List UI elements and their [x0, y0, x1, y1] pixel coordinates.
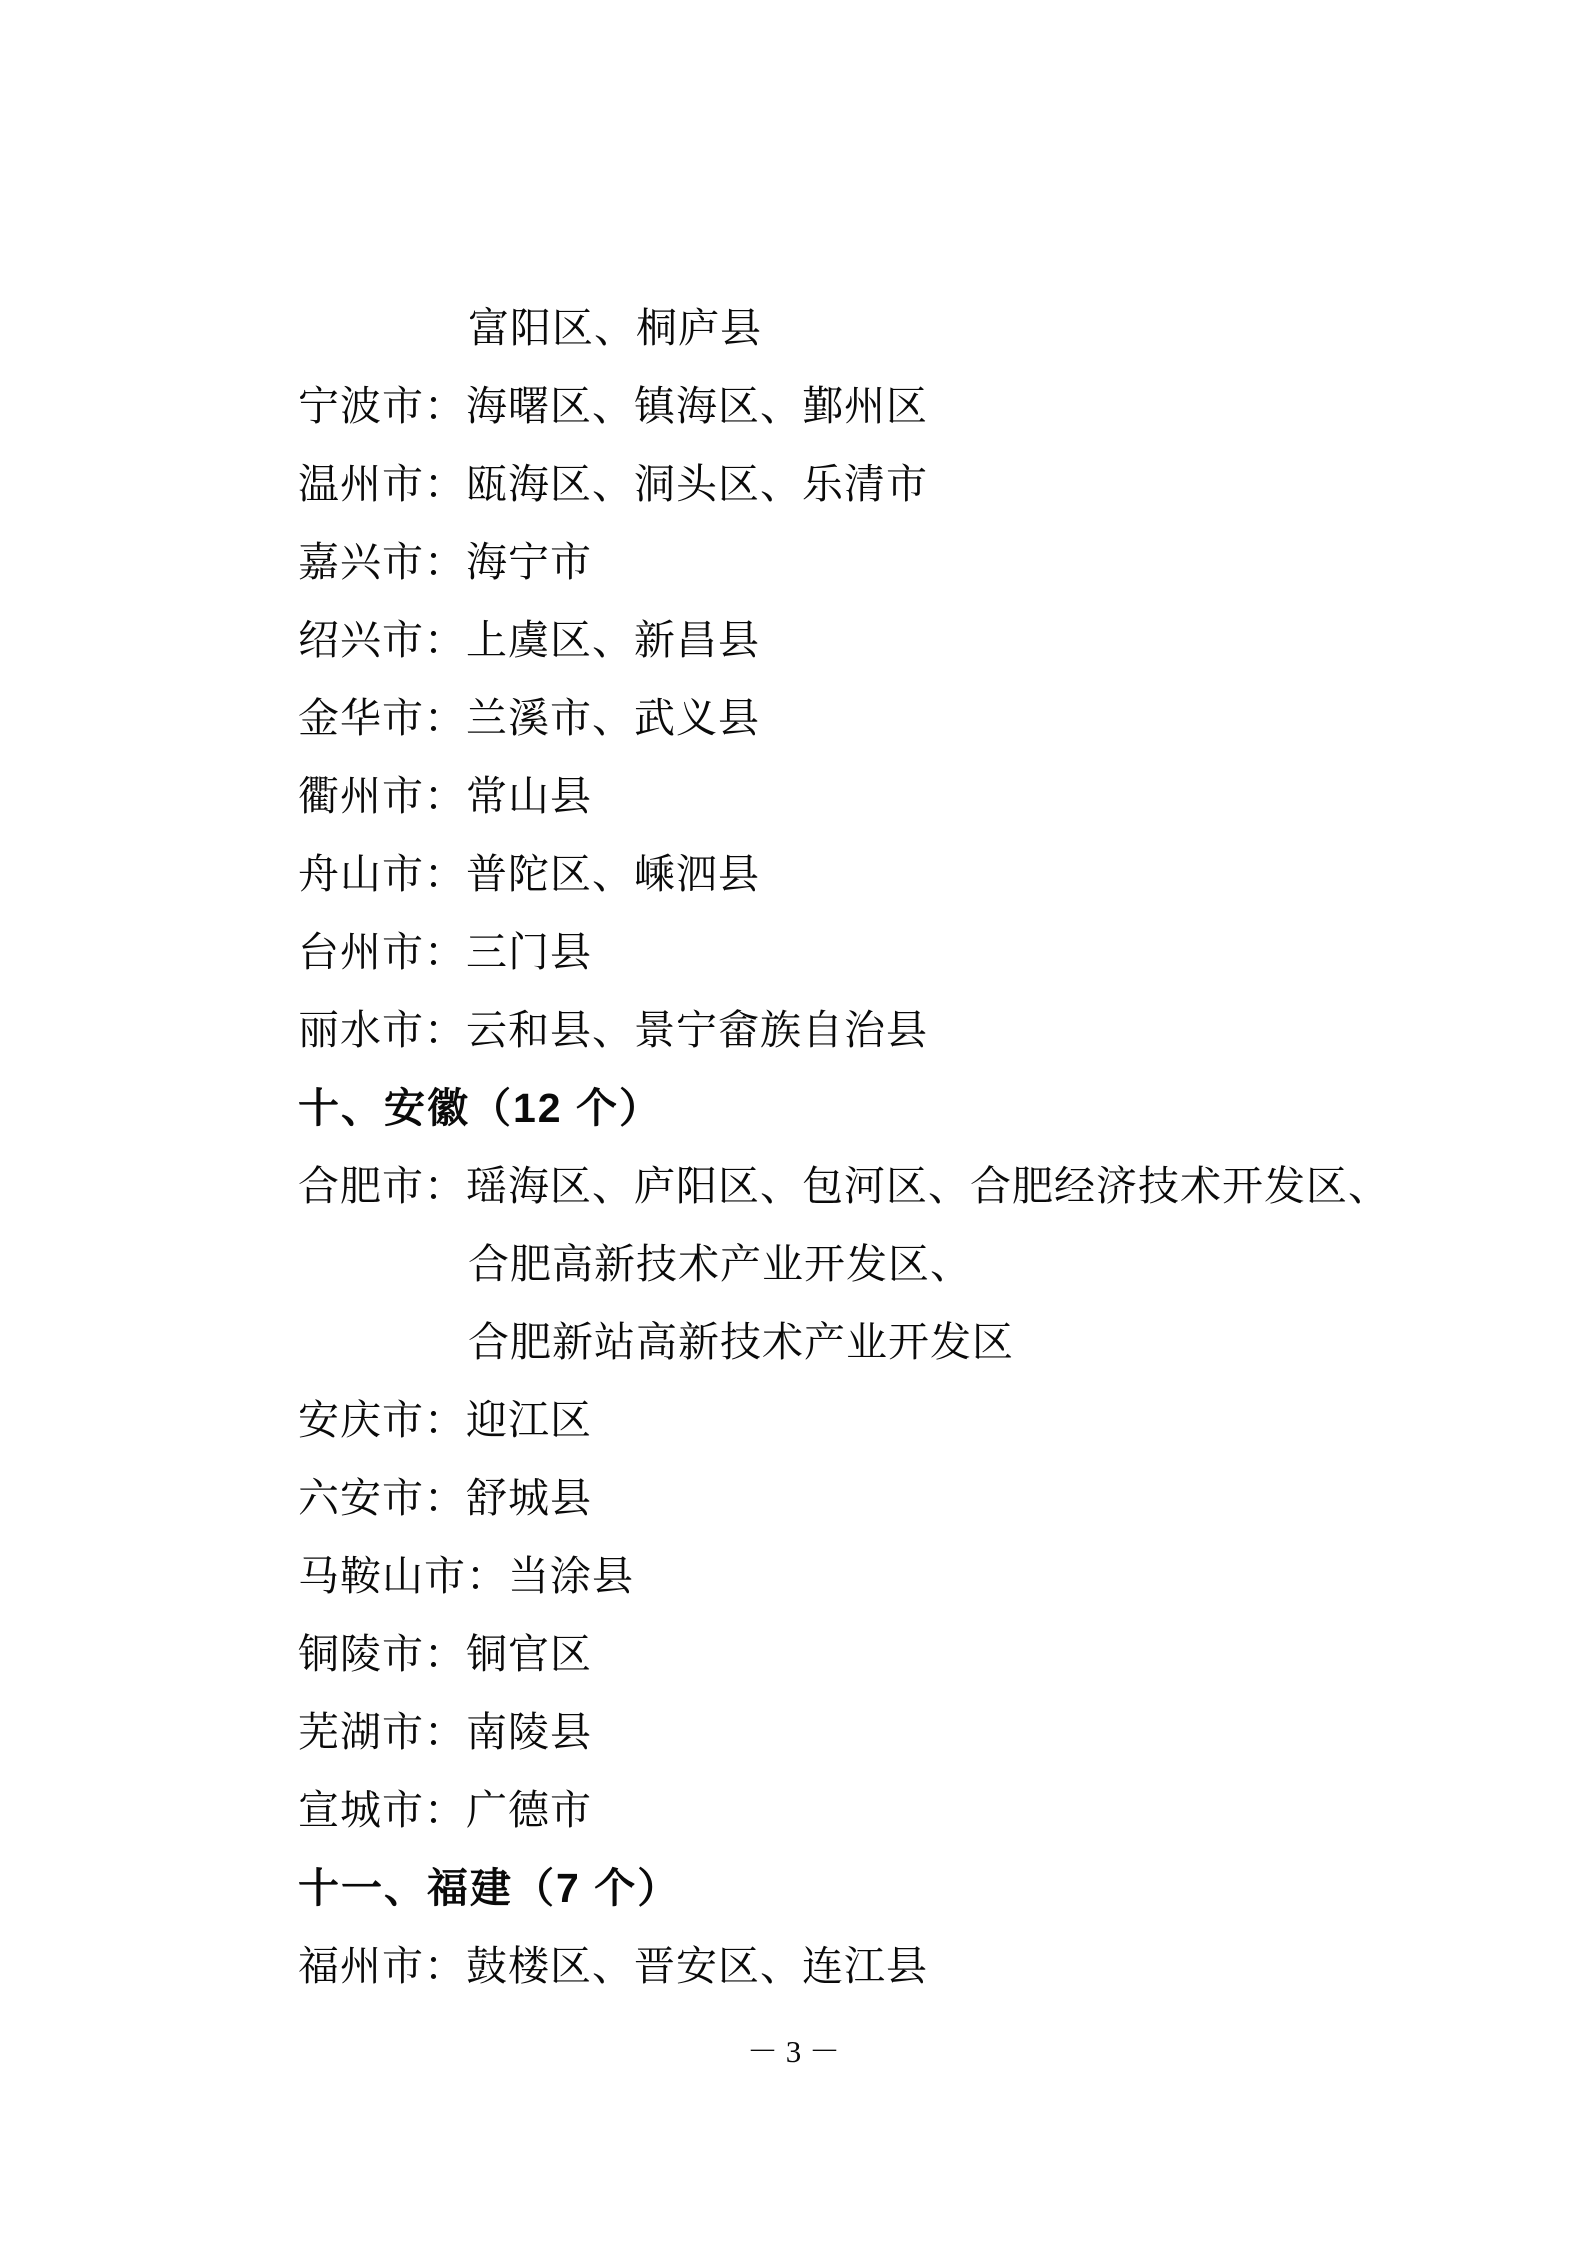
- province-section-heading: 十、安徽（12 个）: [298, 1069, 1478, 1147]
- city-district-entry: 台州市：三门县: [298, 913, 1478, 991]
- city-district-entry: 金华市：兰溪市、武义县: [298, 679, 1478, 757]
- city-district-entry: 丽水市：云和县、景宁畲族自治县: [298, 991, 1478, 1069]
- city-district-entry: 福州市：鼓楼区、晋安区、连江县: [298, 1927, 1478, 2005]
- city-district-entry: 安庆市：迎江区: [298, 1381, 1478, 1459]
- city-district-entry: 衢州市：常山县: [298, 757, 1478, 835]
- city-district-entry: 温州市：瓯海区、洞头区、乐清市: [298, 445, 1478, 523]
- city-district-entry: 芜湖市：南陵县: [298, 1693, 1478, 1771]
- district-list-continuation-line: 富阳区、桐庐县: [298, 289, 1478, 367]
- city-district-entry: 绍兴市：上虞区、新昌县: [298, 601, 1478, 679]
- city-district-entry: 宣城市：广德市: [298, 1771, 1478, 1849]
- district-list-continuation-line: 合肥高新技术产业开发区、: [298, 1225, 1478, 1303]
- district-list: 富阳区、桐庐县 宁波市：海曙区、镇海区、鄞州区 温州市：瓯海区、洞头区、乐清市 …: [298, 289, 1478, 2005]
- city-district-entry: 六安市：舒城县: [298, 1459, 1478, 1537]
- city-district-entry: 嘉兴市：海宁市: [298, 523, 1478, 601]
- province-section-heading: 十一、福建（7 个）: [298, 1849, 1478, 1927]
- district-list-continuation-line: 合肥新站高新技术产业开发区: [298, 1303, 1478, 1381]
- city-district-entry: 马鞍山市：当涂县: [298, 1537, 1478, 1615]
- city-district-entry: 宁波市：海曙区、镇海区、鄞州区: [298, 367, 1478, 445]
- page-number: － 3 －: [0, 2030, 1587, 2074]
- city-district-entry: 铜陵市：铜官区: [298, 1615, 1478, 1693]
- document-page: 富阳区、桐庐县 宁波市：海曙区、镇海区、鄞州区 温州市：瓯海区、洞头区、乐清市 …: [0, 0, 1587, 2245]
- city-district-entry: 合肥市：瑶海区、庐阳区、包河区、合肥经济技术开发区、: [298, 1147, 1478, 1225]
- city-district-entry: 舟山市：普陀区、嵊泗县: [298, 835, 1478, 913]
